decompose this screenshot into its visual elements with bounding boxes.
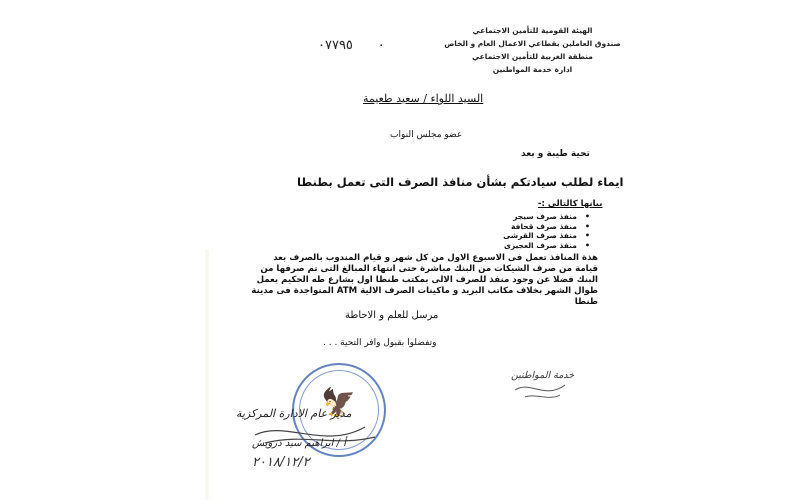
- greeting: تحية طيبة و بعد: [521, 149, 590, 159]
- signature-scribble-icon: [245, 415, 385, 455]
- addressee-role: عضو مجلس النواب: [390, 130, 462, 140]
- subject-line: ايماء لطلب سيادتكم بشأن منافذ الصرف التى…: [297, 175, 624, 189]
- outlets-list: منفذ صرف سيجر منفذ صرف قحافة منفذ صرف ال…: [495, 212, 590, 250]
- letterhead-line: منطقة الغربية للتأمين الاجتماعي: [430, 50, 635, 63]
- list-item: منفذ صرف سيجر: [495, 212, 590, 222]
- reference-prefix: ٠: [378, 38, 385, 53]
- reference-digits: ٠٧٧٩٥: [318, 38, 353, 53]
- scan-edge-shadow: [205, 250, 209, 500]
- list-item: منفذ صرف العجيزى: [495, 241, 590, 251]
- signature-date: ٢٠١٨/١٢/٢: [252, 455, 310, 470]
- addressee: السيد اللواء / سعيد طعيمة: [363, 92, 483, 105]
- reference-number: ٠ ٠٧٧٩٥: [318, 38, 385, 53]
- body-paragraph: هذة المنافذ تعمل فى الاسبوع الاول من كل …: [248, 253, 598, 308]
- signatory-name: أ / ابراهيم سيد درويش: [252, 438, 346, 449]
- closing-line-1: مرسل للعلم و الاحاطة: [345, 310, 438, 321]
- citizen-service-signature-icon: [510, 375, 570, 405]
- letterhead-line: صندوق العاملين بقطاعي الاعمال العام و ال…: [430, 37, 635, 50]
- letterhead: الهيئة القومية للتأمين الاجتماعي صندوق ا…: [430, 24, 635, 76]
- outlets-intro: بيانها كالتالى :-: [538, 199, 602, 209]
- closing-line-2: وتفضلوا بقبول وافر التحية . . .: [323, 338, 436, 348]
- list-item: منفذ صرف قحافة: [495, 222, 590, 232]
- scanned-letter: الهيئة القومية للتأمين الاجتماعي صندوق ا…: [0, 0, 800, 500]
- letterhead-line: ادارة خدمة المواطنين: [430, 63, 635, 76]
- signatory-title: مدير عام الادارة المركزية: [236, 407, 351, 420]
- list-item: منفذ صرف القرشى: [495, 231, 590, 241]
- letterhead-line: الهيئة القومية للتأمين الاجتماعي: [430, 24, 635, 37]
